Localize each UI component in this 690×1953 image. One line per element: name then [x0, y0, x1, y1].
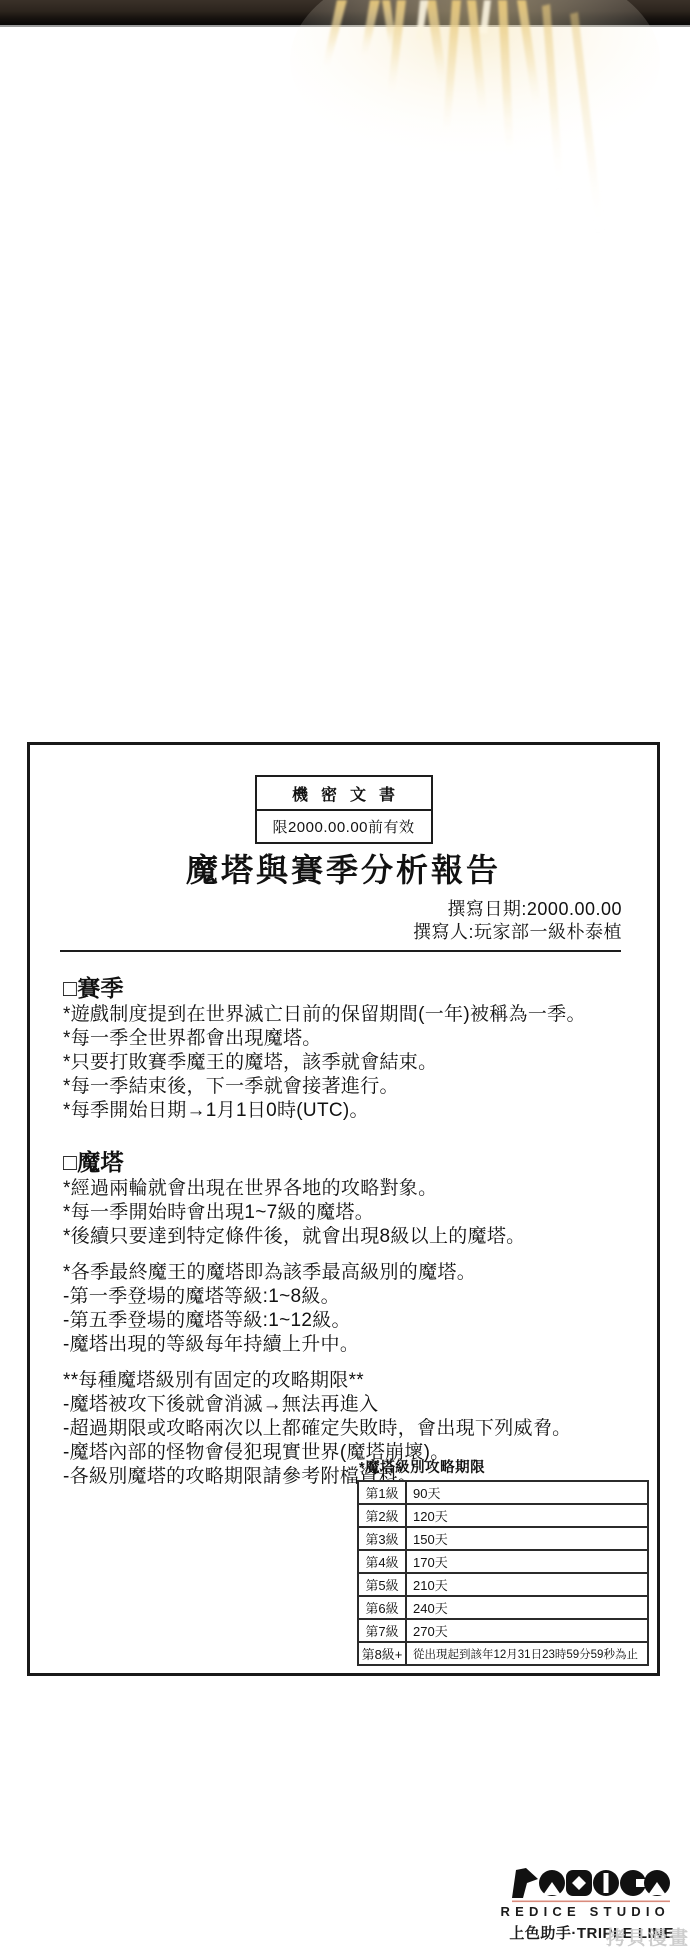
season-line: *只要打敗賽季魔王的魔塔，該季就會結束。: [63, 1051, 643, 1075]
light-rays-art: [270, 0, 690, 290]
season-line: *遊戲制度提到在世界滅亡日前的保留期間(一年)被稱為一季。: [63, 1003, 643, 1027]
duration-cell: 120天: [406, 1504, 648, 1527]
webtoon-page: 機密文書 限2000.00.00前有效 魔塔與賽季分析報告 撰寫日期:2000.…: [0, 0, 690, 1953]
report-body: □賽季 *遊戲制度提到在世界滅亡日前的保留期間(一年)被稱為一季。 *每一季全世…: [63, 973, 643, 1489]
report-title: 魔塔與賽季分析報告: [30, 845, 657, 891]
report-document: 機密文書 限2000.00.00前有效 魔塔與賽季分析報告 撰寫日期:2000.…: [27, 742, 660, 1676]
tower-line: *經過兩輪就會出現在世界各地的攻略對象。: [63, 1177, 643, 1201]
duration-cell: 270天: [406, 1619, 648, 1642]
logo-red-line: [512, 1901, 670, 1903]
duration-cell: 150天: [406, 1527, 648, 1550]
tower-line: -魔塔被攻下後就會消滅→無法再進入: [63, 1393, 643, 1417]
tower-line: *各季最終魔王的魔塔即為該季最高級別的魔塔。: [63, 1261, 643, 1285]
level-cell: 第1級: [358, 1481, 406, 1504]
studio-footer: REDICE STUDIO 上色助手·TRIPLE LINE 拷貝漫畫: [0, 1860, 690, 1953]
section-season: □賽季 *遊戲制度提到在世界滅亡日前的保留期間(一年)被稱為一季。 *每一季全世…: [63, 973, 643, 1123]
table-row: 第1級 90天: [358, 1481, 648, 1504]
tower-group-2: *各季最終魔王的魔塔即為該季最高級別的魔塔。 -第一季登場的魔塔等級:1~8級。…: [63, 1261, 643, 1357]
tower-line: *後續只要達到特定條件後，就會出現8級以上的魔塔。: [63, 1225, 643, 1249]
level-cell: 第4級: [358, 1550, 406, 1573]
season-line: *每季開始日期→1月1日0時(UTC)。: [63, 1099, 643, 1123]
studio-name-text: REDICE STUDIO: [501, 1904, 670, 1919]
redice-logo: [512, 1868, 670, 1904]
duration-cell: 240天: [406, 1596, 648, 1619]
table-row: 第3級 150天: [358, 1527, 648, 1550]
section-tower-heading: □魔塔: [63, 1147, 643, 1177]
table-row: 第7級 270天: [358, 1619, 648, 1642]
tower-line: -魔塔出現的等級每年持續上升中。: [63, 1333, 643, 1357]
duration-cell: 從出現起到該年12月31日23時59分59秒為止: [406, 1642, 648, 1665]
season-line: *每一季全世界都會出現魔塔。: [63, 1027, 643, 1051]
tower-line: -第一季登場的魔塔等級:1~8級。: [63, 1285, 643, 1309]
deadline-table-block: *魔塔級別攻略期限 第1級 90天 第2級 120天 第3級 150天: [357, 1456, 649, 1666]
section-season-heading: □賽季: [63, 973, 643, 1003]
section-tower: □魔塔 *經過兩輪就會出現在世界各地的攻略對象。 *每一季開始時會出現1~7級的…: [63, 1147, 643, 1489]
table-row: 第5級 210天: [358, 1573, 648, 1596]
duration-cell: 90天: [406, 1481, 648, 1504]
tower-line: *每一季開始時會出現1~7級的魔塔。: [63, 1201, 643, 1225]
report-author: 撰寫人:玩家部一級朴泰植: [413, 921, 622, 944]
top-panel-strip: [0, 0, 690, 27]
table-row: 第2級 120天: [358, 1504, 648, 1527]
confidential-stamp: 機密文書 限2000.00.00前有效: [255, 775, 433, 844]
duration-cell: 170天: [406, 1550, 648, 1573]
level-cell: 第8級+: [358, 1642, 406, 1665]
header-divider: [60, 950, 621, 952]
level-cell: 第7級: [358, 1619, 406, 1642]
report-meta: 撰寫日期:2000.00.00 撰寫人:玩家部一級朴泰植: [413, 898, 622, 944]
watermark-text: 拷貝漫畫: [606, 1923, 690, 1950]
tower-line: **每種魔塔級別有固定的攻略期限**: [63, 1369, 643, 1393]
report-date: 撰寫日期:2000.00.00: [413, 898, 622, 921]
deadline-table: 第1級 90天 第2級 120天 第3級 150天 第4級 170天: [357, 1480, 649, 1666]
stamp-validity: 限2000.00.00前有效: [257, 811, 431, 842]
table-row: 第6級 240天: [358, 1596, 648, 1619]
table-row: 第4級 170天: [358, 1550, 648, 1573]
tower-line: -第五季登場的魔塔等級:1~12級。: [63, 1309, 643, 1333]
level-cell: 第3級: [358, 1527, 406, 1550]
level-cell: 第5級: [358, 1573, 406, 1596]
tower-line: -超過期限或攻略兩次以上都確定失敗時，會出現下列威脅。: [63, 1417, 643, 1441]
season-line: *每一季結束後，下一季就會接著進行。: [63, 1075, 643, 1099]
tower-group-1: *經過兩輪就會出現在世界各地的攻略對象。 *每一季開始時會出現1~7級的魔塔。 …: [63, 1177, 643, 1249]
level-cell: 第2級: [358, 1504, 406, 1527]
table-row: 第8級+ 從出現起到該年12月31日23時59分59秒為止: [358, 1642, 648, 1665]
deadline-table-caption: *魔塔級別攻略期限: [359, 1456, 649, 1477]
duration-cell: 210天: [406, 1573, 648, 1596]
level-cell: 第6級: [358, 1596, 406, 1619]
stamp-classification: 機密文書: [257, 777, 431, 811]
